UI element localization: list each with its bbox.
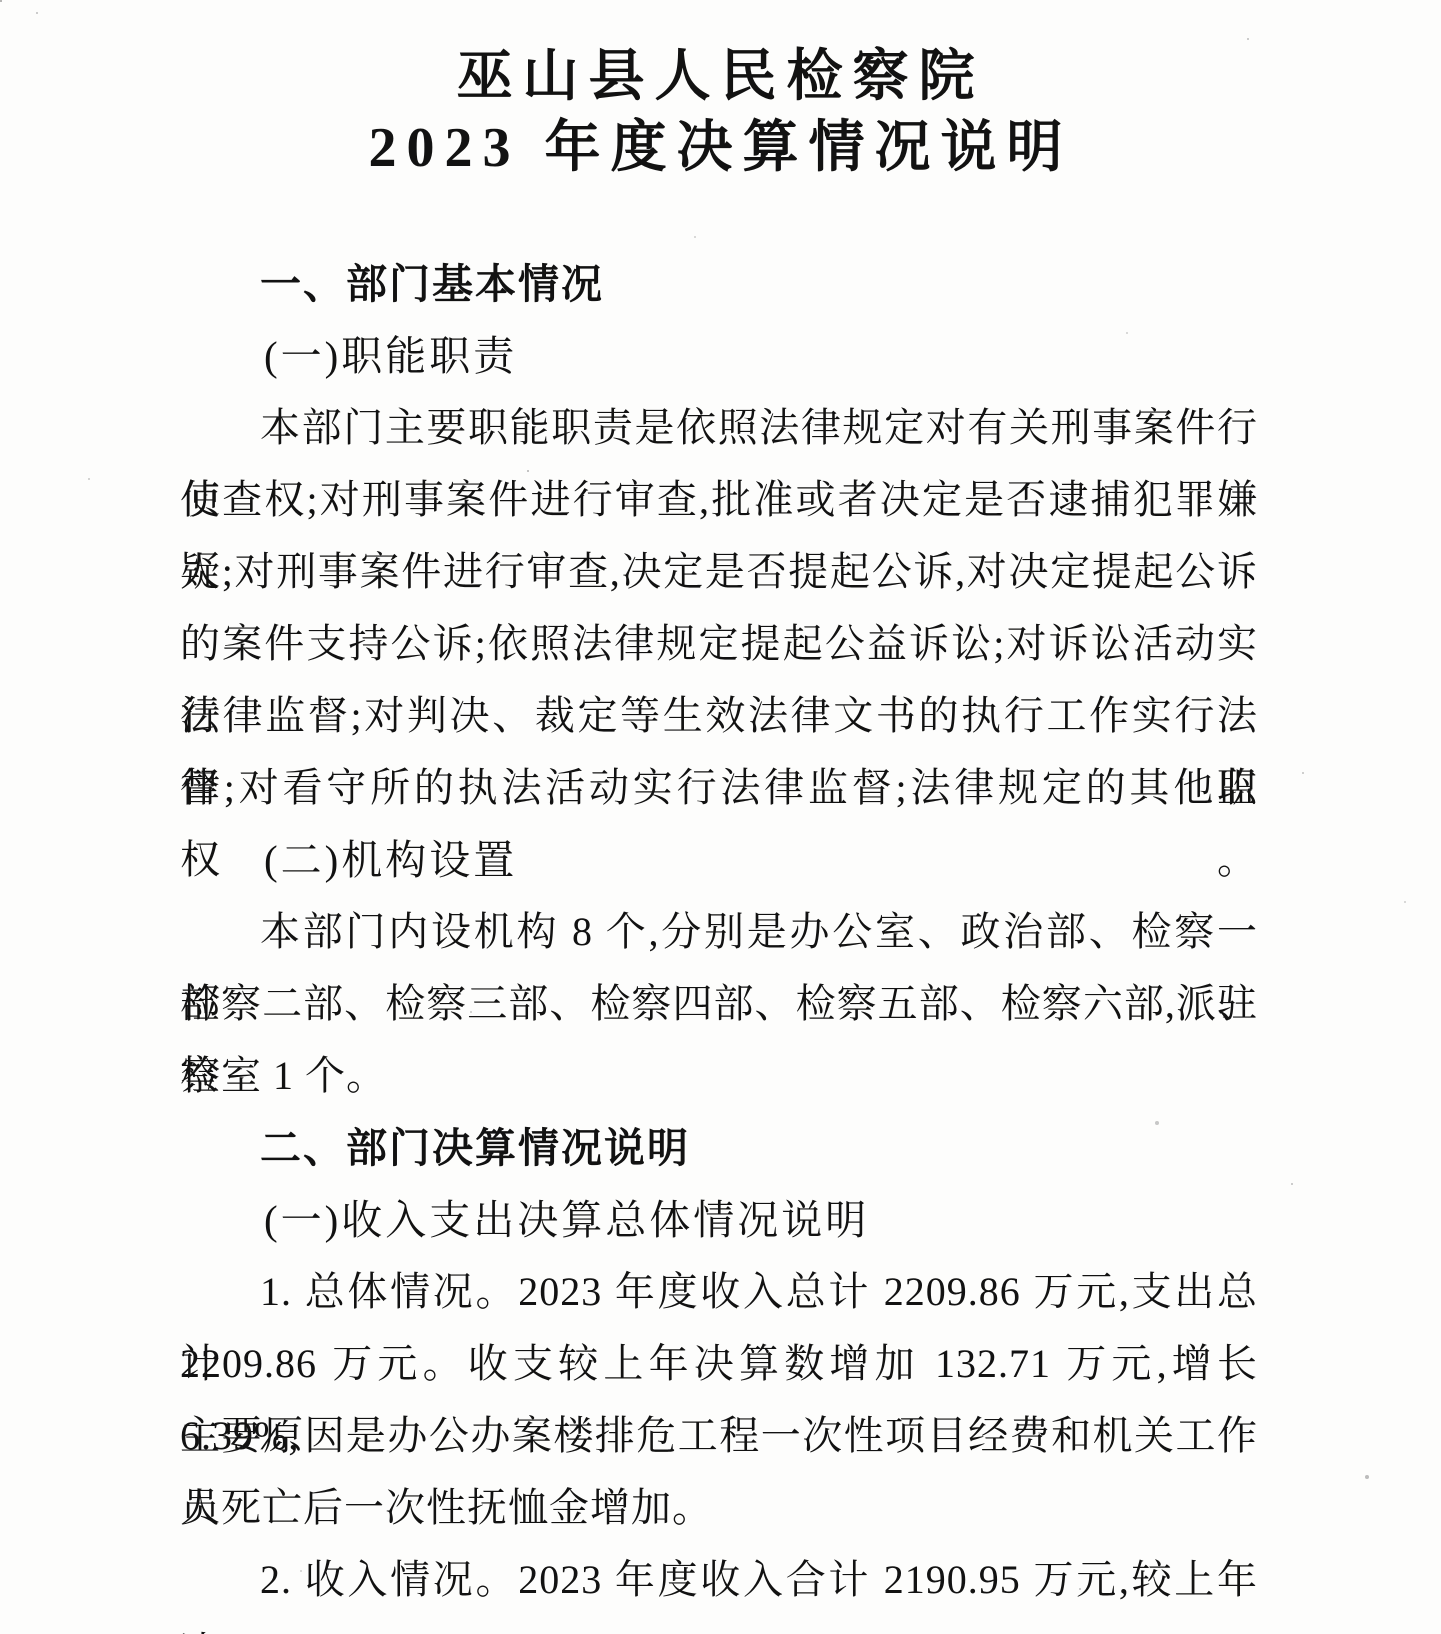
paragraph-line: 的案件支持公诉;依照法律规定提起公益诉讼;对诉讼活动实行 [180, 608, 1258, 680]
paragraph-line: 员死亡后一次性抚恤金增加。 [180, 1472, 1258, 1544]
section-heading: 一、部门基本情况 [180, 248, 1258, 320]
paragraph-line: 2. 收入情况。2023 年度收入合计 2190.95 万元,较上年决 [180, 1544, 1258, 1616]
paragraph-line: 检察二部、检察三部、检察四部、检察五部、检察六部,派驻检 [180, 968, 1258, 1040]
paragraph: 2. 收入情况。2023 年度收入合计 2190.95 万元,较上年决 [180, 1544, 1258, 1616]
paragraph: 1. 总体情况。2023 年度收入总计 2209.86 万元,支出总计2209.… [180, 1256, 1258, 1544]
paragraph-line: 察室 1 个。 [180, 1040, 1258, 1112]
paragraph-line: 本部门内设机构 8 个,分别是办公室、政治部、检察一部、 [180, 896, 1258, 968]
paragraph-line: 2209.86 万元。收支较上年决算数增加 132.71 万元,增长 6.39%… [180, 1328, 1258, 1400]
paragraph-line: 主要原因是办公办案楼排危工程一次性项目经费和机关工作人 [180, 1400, 1258, 1472]
paragraph-line: 侦查权;对刑事案件进行审查,批准或者决定是否逮捕犯罪嫌疑 [180, 464, 1258, 536]
paragraph-line: 人;对刑事案件进行审查,决定是否提起公诉,对决定提起公诉 [180, 536, 1258, 608]
paragraph: 本部门内设机构 8 个,分别是办公室、政治部、检察一部、检察二部、检察三部、检察… [180, 896, 1258, 1112]
document-content: 一、部门基本情况(一)职能职责本部门主要职能职责是依照法律规定对有关刑事案件行使… [180, 248, 1258, 1616]
document-page: 巫山县人民检察院 2023 年度决算情况说明 一、部门基本情况(一)职能职责本部… [0, 0, 1441, 1634]
title-line-2: 2023 年度决算情况说明 [0, 113, 1441, 184]
title-line-1: 巫山县人民检察院 [0, 42, 1441, 113]
document-title: 巫山县人民检察院 2023 年度决算情况说明 [0, 0, 1441, 184]
subsection-heading: (一)收入支出决算总体情况说明 [180, 1184, 1258, 1256]
paragraph: 本部门主要职能职责是依照法律规定对有关刑事案件行使侦查权;对刑事案件进行审查,批… [180, 392, 1258, 824]
paragraph-line: 法律监督;对判决、裁定等生效法律文书的执行工作实行法律监 [180, 680, 1258, 752]
subsection-heading: (一)职能职责 [180, 320, 1258, 392]
section-heading: 二、部门决算情况说明 [180, 1112, 1258, 1184]
paragraph-line: 本部门主要职能职责是依照法律规定对有关刑事案件行使 [180, 392, 1258, 464]
paragraph-line: 1. 总体情况。2023 年度收入总计 2209.86 万元,支出总计 [180, 1256, 1258, 1328]
paragraph-line: 督;对看守所的执法活动实行法律监督;法律规定的其他职权。 [180, 752, 1258, 824]
